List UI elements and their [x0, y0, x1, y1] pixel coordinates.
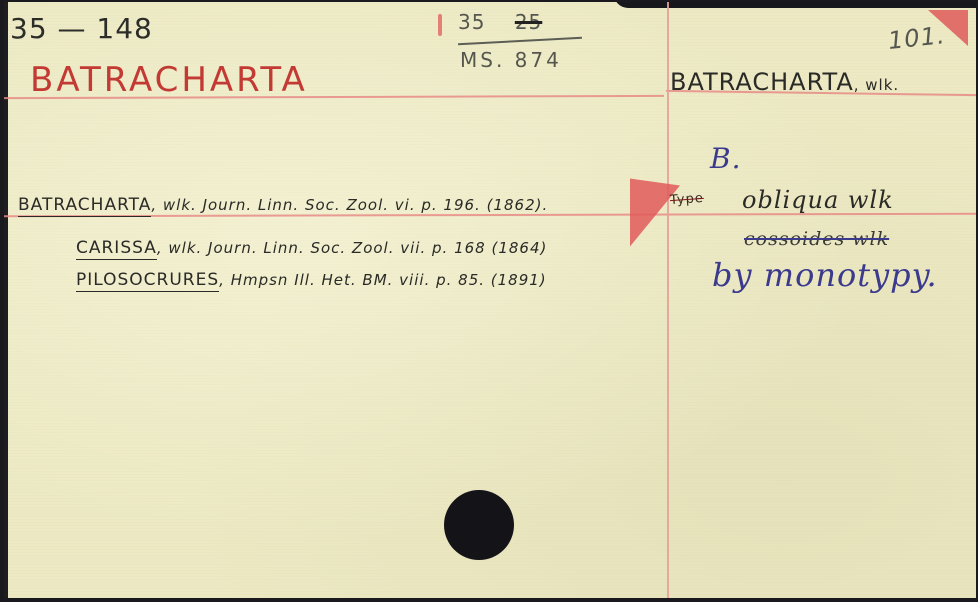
- fraction-line: [458, 37, 582, 45]
- entry-name: BATRACHARTA: [18, 195, 151, 217]
- index-card: 35 — 148 BATRACHARTA 35 25 MS. 874 101. …: [4, 2, 976, 598]
- entry-citation: , wlk. Journ. Linn. Soc. Zool. vii. p. 1…: [157, 239, 547, 257]
- genus-title-right-author: , wlk.: [854, 76, 899, 94]
- card-left-edge: [4, 2, 8, 598]
- entry-citation: , wlk. Journ. Linn. Soc. Zool. vi. p. 19…: [151, 196, 548, 214]
- card-number: 101.: [887, 21, 947, 55]
- type-note: Type: [670, 191, 705, 208]
- fraction-top: 35 25: [458, 10, 542, 34]
- struck-species-name: cossoides wlk: [744, 228, 889, 250]
- red-flag-triangle: [630, 178, 680, 253]
- red-pencil-mark: [438, 14, 442, 36]
- type-species-name: obliqua wlk: [742, 186, 894, 214]
- entry-name: CARISSA: [76, 238, 157, 260]
- entry-name: PILOSOCRURES: [76, 270, 219, 292]
- type-designation: by monotypy.: [712, 256, 938, 294]
- entry-row-3: PILOSOCRURES, Hmpsn Ill. Het. BM. viii. …: [76, 270, 547, 290]
- type-genus-abbrev: B.: [710, 142, 741, 175]
- fraction-top-struck-value: 25: [515, 10, 542, 34]
- entry-citation: , Hmpsn Ill. Het. BM. viii. p. 85. (1891…: [219, 271, 547, 289]
- genus-title-right: BATRACHARTA, wlk.: [670, 68, 899, 96]
- entry-row-2: CARISSA, wlk. Journ. Linn. Soc. Zool. vi…: [76, 238, 547, 258]
- genus-title-right-name: BATRACHARTA: [670, 68, 854, 96]
- reference-number: 35 — 148: [10, 12, 153, 45]
- genus-title-red: BATRACHARTA: [30, 60, 308, 100]
- fraction-top-value: 35: [458, 10, 485, 34]
- fraction-bottom: MS. 874: [460, 48, 562, 72]
- column-divider-line: [667, 2, 669, 598]
- entry-row-1: BATRACHARTA, wlk. Journ. Linn. Soc. Zool…: [18, 195, 548, 215]
- punch-hole: [444, 490, 514, 560]
